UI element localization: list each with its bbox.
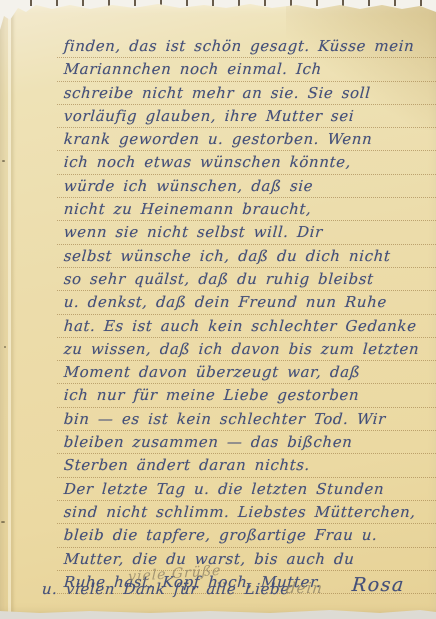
handwriting-text: bleiben zusammen — das bißchen	[57, 431, 353, 453]
handwriting-line: ich noch etwas wünschen könnte,	[57, 151, 436, 174]
handwriting-line: krank geworden u. gestorben. Wenn	[57, 128, 436, 151]
handwriting-line: Moment davon überzeugt war, daß	[57, 361, 436, 384]
handwriting-text: bleib die tapfere, großartige Frau u.	[57, 524, 378, 546]
handwriting-line: u. denkst, daß dein Freund nun Ruhe	[57, 291, 436, 314]
handwriting-line: Sterben ändert daran nichts.	[57, 454, 436, 477]
handwriting-line: so sehr quälst, daß du ruhig bleibst	[57, 268, 436, 291]
handwriting-text: Mariannchen noch einmal. Ich	[57, 58, 323, 80]
handwriting-text: Moment davon überzeugt war, daß	[57, 361, 361, 383]
handwriting-line: zu wissen, daß ich davon bis zum letzten	[57, 338, 436, 361]
handwriting-text: wenn sie nicht selbst will. Dir	[57, 221, 324, 243]
handwriting-text: nicht zu Heinemann braucht,	[57, 198, 312, 220]
handwriting-text: Sterben ändert daran nichts.	[57, 454, 311, 476]
closing-word: dein	[285, 579, 324, 597]
letter-body: finden, das ist schön gesagt. Küsse mein…	[57, 35, 436, 594]
handwriting-line: finden, das ist schön gesagt. Küsse mein	[57, 35, 436, 58]
paper-crease-left	[8, 0, 11, 619]
perforation-marks	[6, 0, 436, 6]
thanks-note: u. vielen Dank für alle Liebe	[41, 580, 290, 598]
handwriting-text: u. denkst, daß dein Freund nun Ruhe	[57, 291, 388, 313]
paper-speck	[1, 521, 5, 523]
handwriting-text: vorläufig glauben, ihre Mutter sei	[57, 105, 355, 127]
handwriting-text: ich noch etwas wünschen könnte,	[57, 151, 352, 173]
handwriting-line: bin — es ist kein schlechter Tod. Wir	[57, 408, 436, 431]
handwriting-text: Der letzte Tag u. die letzten Stunden	[57, 478, 385, 500]
handwriting-line: würde ich wünschen, daß sie	[57, 175, 436, 198]
handwriting-text: finden, das ist schön gesagt. Küsse mein	[57, 35, 415, 57]
handwriting-text: selbst wünsche ich, daß du dich nicht	[57, 245, 391, 267]
handwriting-text: krank geworden u. gestorben. Wenn	[57, 128, 373, 150]
handwriting-text: würde ich wünschen, daß sie	[57, 175, 314, 197]
handwriting-text: so sehr quälst, daß du ruhig bleibst	[57, 268, 375, 290]
handwriting-text: sind nicht schlimm. Liebstes Mütterchen,	[57, 501, 417, 523]
paper-speck	[2, 160, 5, 162]
handwriting-text: zu wissen, daß ich davon bis zum letzten	[57, 338, 420, 360]
handwriting-line: Mariannchen noch einmal. Ich	[57, 58, 436, 81]
handwriting-line: bleib die tapfere, großartige Frau u.	[57, 524, 436, 547]
handwriting-text: bin — es ist kein schlechter Tod. Wir	[57, 408, 387, 430]
handwriting-line: Mutter, die du warst, bis auch du	[57, 548, 436, 571]
handwriting-text: ich nur für meine Liebe gestorben	[57, 384, 360, 406]
handwriting-line: ich nur für meine Liebe gestorben	[57, 384, 436, 407]
handwriting-text: hat. Es ist auch kein schlechter Gedanke	[57, 315, 417, 337]
handwriting-line: sind nicht schlimm. Liebstes Mütterchen,	[57, 501, 436, 524]
handwriting-line: hat. Es ist auch kein schlechter Gedanke	[57, 315, 436, 338]
handwriting-text: schreibe nicht mehr an sie. Sie soll	[57, 82, 371, 104]
paper-speck	[4, 346, 6, 348]
handwriting-line: selbst wünsche ich, daß du dich nicht	[57, 245, 436, 268]
signature-name: Rosa	[351, 574, 406, 596]
handwriting-line: vorläufig glauben, ihre Mutter sei	[57, 105, 436, 128]
handwriting-line: Der letzte Tag u. die letzten Stunden	[57, 478, 436, 501]
handwriting-line: bleiben zusammen — das bißchen	[57, 431, 436, 454]
handwriting-line: nicht zu Heinemann braucht,	[57, 198, 436, 221]
handwriting-line: schreibe nicht mehr an sie. Sie soll	[57, 82, 436, 105]
handwriting-line: wenn sie nicht selbst will. Dir	[57, 221, 436, 244]
